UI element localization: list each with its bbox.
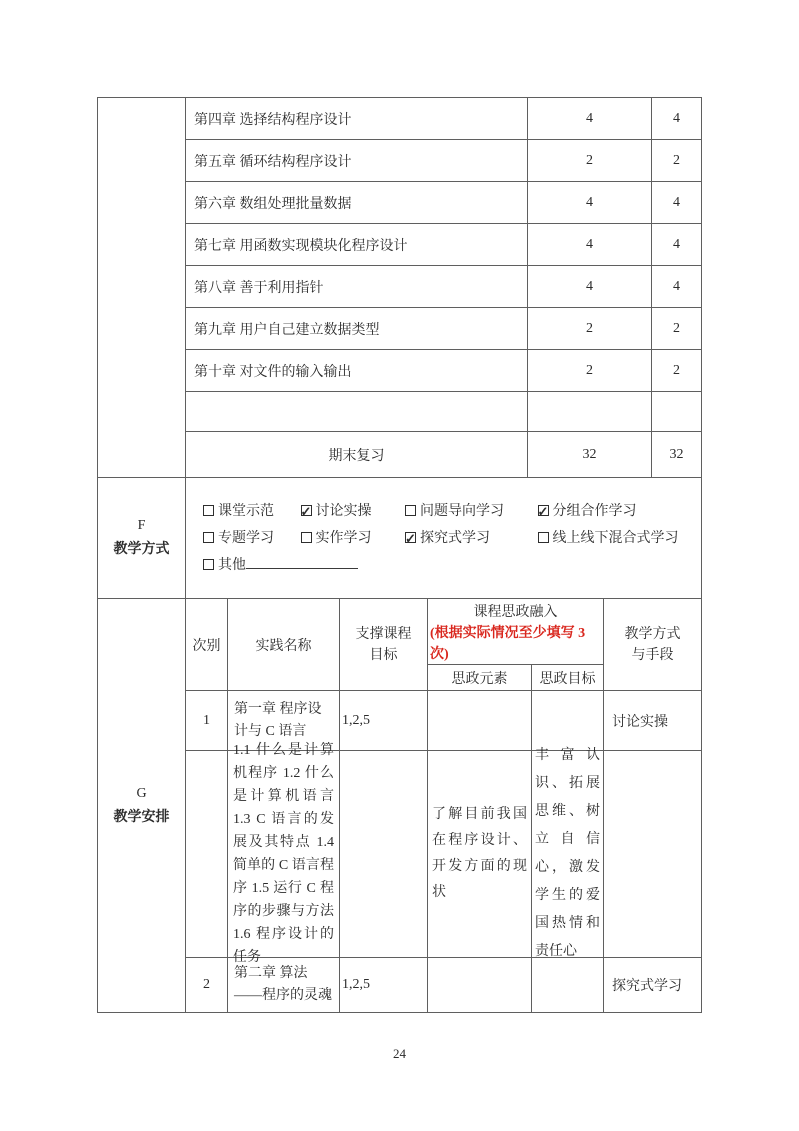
row-objectives: 1,2,5: [340, 958, 428, 1012]
chapter-name: 第十章 对文件的输入输出: [186, 350, 528, 392]
ideology-note: (根据实际情况至少填写 3 次): [430, 623, 601, 665]
teaching-arrangement-section: G 教学安排 次别 实践名称 支撑课程目标 课程思政融入 (根据实际情况至少填写…: [98, 599, 701, 1012]
course-syllabus-table: 第四章 选择结构程序设计 4 4 第五章 循环结构程序设计 2 2 第六章 数组…: [97, 97, 702, 1013]
method-label: 探究式学习: [420, 531, 490, 546]
row-ideology-goal: [532, 958, 604, 1012]
section-label-empty: [98, 98, 186, 477]
section-title: 教学方式: [114, 538, 170, 562]
chapter-hours-section: 第四章 选择结构程序设计 4 4 第五章 循环结构程序设计 2 2 第六章 数组…: [98, 98, 701, 478]
row-ideology-goal: 丰富认识、拓展思维、树立自信心，激发学生的爱国热情和责任心: [532, 751, 604, 958]
other-blank-line: [246, 555, 358, 569]
chapter-name: 第七章 用函数实现模块化程序设计: [186, 224, 528, 266]
teaching-methods-checkboxes: 课堂示范 讨论实操 问题导向学习 分组合作学习 专题学习 实作学习 探究式学习 …: [186, 478, 701, 598]
chapter-name: 第四章 选择结构程序设计: [186, 98, 528, 140]
method-option: 讨论实操: [301, 498, 402, 525]
ideology-header: 课程思政融入 (根据实际情况至少填写 3 次): [428, 599, 603, 665]
section-label-f: F 教学方式: [98, 478, 186, 598]
row-method: 讨论实操: [604, 691, 701, 751]
header-ideology-goal: 思政目标: [532, 665, 603, 690]
chapter-hours-2: 4: [652, 266, 701, 308]
row-order: [186, 751, 228, 958]
row-ideology-element: [428, 691, 532, 751]
chapter-name-empty: [186, 392, 528, 432]
final-review-hours-2: 32: [652, 432, 701, 477]
method-option: 实作学习: [301, 525, 402, 552]
checkbox-row: 专题学习 实作学习 探究式学习 线上线下混合式学习: [203, 525, 701, 552]
method-label: 讨论实操: [316, 504, 372, 519]
chapter-hours-2: 2: [652, 350, 701, 392]
chapter-hours: 4: [528, 98, 652, 140]
row-order: 1: [186, 691, 228, 751]
chapter-hours-2: 4: [652, 182, 701, 224]
section-label-g: G 教学安排: [98, 599, 186, 1012]
ideology-title: 课程思政融入: [430, 602, 601, 623]
method-label: 问题导向学习: [420, 504, 504, 519]
chapter-hours: 2: [528, 140, 652, 182]
checkbox-icon: [301, 505, 312, 516]
section-code: F: [138, 514, 146, 538]
header-order: 次别: [186, 599, 228, 691]
row-ideology-element: 了解目前我国在程序设计、开发方面的现状: [428, 751, 532, 958]
chapter-hours-2: 2: [652, 140, 701, 182]
ideology-subheader: 思政元素 思政目标: [428, 665, 603, 690]
row-objectives: [340, 751, 428, 958]
row-ideology-element: [428, 958, 532, 1012]
chapter-hours-empty-2: [652, 392, 701, 432]
row-order: 2: [186, 958, 228, 1012]
checkbox-icon: [538, 532, 549, 543]
method-label: 实作学习: [316, 531, 372, 546]
method-label: 课堂示范: [218, 504, 274, 519]
final-review-hours: 32: [528, 432, 652, 477]
teaching-methods-section: F 教学方式 课堂示范 讨论实操 问题导向学习 分组合作学习 专题学习 实作学习…: [98, 478, 701, 599]
row-practice-name: 第二章 算法——程序的灵魂: [228, 958, 340, 1012]
header-objectives: 支撑课程目标: [340, 599, 428, 691]
method-option: 分组合作学习: [538, 498, 637, 525]
chapter-name: 第八章 善于利用指针: [186, 266, 528, 308]
method-label: 分组合作学习: [553, 504, 637, 519]
chapter-hours: 2: [528, 308, 652, 350]
header-practice-name: 实践名称: [228, 599, 340, 691]
row-practice-name: 1.1 什么是计算机程序 1.2 什么是计算机语言 1.3 C 语言的发展及其特…: [228, 751, 340, 958]
checkbox-icon: [405, 505, 416, 516]
checkbox-icon: [405, 532, 416, 543]
checkbox-icon: [203, 505, 214, 516]
checkbox-icon: [203, 559, 214, 570]
method-option: 课堂示范: [203, 498, 297, 525]
method-option: 探究式学习: [405, 525, 534, 552]
row-method: [604, 751, 701, 958]
header-method: 教学方式与手段: [604, 599, 701, 691]
method-option: 问题导向学习: [405, 498, 534, 525]
checkbox-row: 课堂示范 讨论实操 问题导向学习 分组合作学习: [203, 498, 701, 525]
row-objectives: 1,2,5: [340, 691, 428, 751]
chapter-name: 第五章 循环结构程序设计: [186, 140, 528, 182]
method-label: 其他: [218, 558, 246, 573]
header-ideology-group: 课程思政融入 (根据实际情况至少填写 3 次) 思政元素 思政目标: [428, 599, 604, 691]
chapter-hours-2: 4: [652, 98, 701, 140]
method-option-other: 其他: [203, 552, 358, 579]
chapter-hours-empty: [528, 392, 652, 432]
checkbox-row: 其他: [203, 552, 701, 579]
chapter-hours-2: 4: [652, 224, 701, 266]
method-option: 线上线下混合式学习: [538, 525, 679, 552]
checkbox-icon: [203, 532, 214, 543]
chapter-name: 第九章 用户自己建立数据类型: [186, 308, 528, 350]
method-label: 专题学习: [218, 531, 274, 546]
section-title: 教学安排: [114, 806, 170, 830]
chapter-hours: 4: [528, 266, 652, 308]
final-review-label: 期末复习: [186, 432, 528, 477]
page-number: 24: [0, 1046, 799, 1062]
chapter-hours-2: 2: [652, 308, 701, 350]
row-method: 探究式学习: [604, 958, 701, 1012]
section-code: G: [136, 782, 146, 806]
chapter-name: 第六章 数组处理批量数据: [186, 182, 528, 224]
chapter-hours: 4: [528, 224, 652, 266]
checkbox-icon: [538, 505, 549, 516]
chapter-hours: 2: [528, 350, 652, 392]
method-label: 线上线下混合式学习: [553, 531, 679, 546]
method-option: 专题学习: [203, 525, 297, 552]
header-ideology-element: 思政元素: [428, 665, 532, 690]
checkbox-icon: [301, 532, 312, 543]
chapter-hours: 4: [528, 182, 652, 224]
